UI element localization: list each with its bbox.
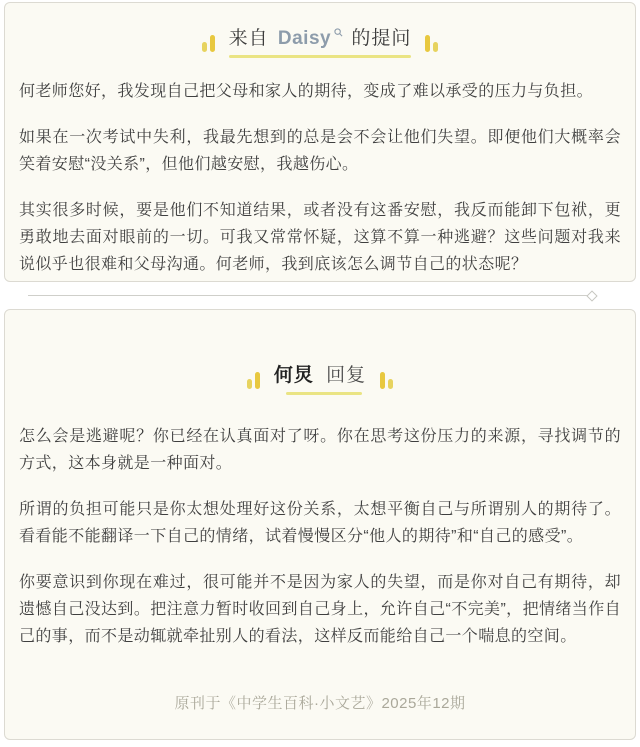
question-paragraph: 如果在一次考试中失利，我最先想到的总是会不会让他们失望。即便他们大概率会笑着安慰… <box>19 124 621 178</box>
source-attribution: 原刊于《中学生百科·小文艺》2025年12期 <box>19 692 621 713</box>
reply-title-suffix: 回复 <box>326 365 366 386</box>
question-card: 来自 Daisy 的提问 何老师您好，我发现自己把父母和家人的期待，变成了难以承… <box>4 2 636 282</box>
question-paragraph: 何老师您好，我发现自己把父母和家人的期待，变成了难以承受的压力与负担。 <box>19 78 621 105</box>
question-paragraph: 其实很多时候，要是他们不知道结果，或者没有这番安慰，我反而能卸下包袱，更勇敢地去… <box>19 197 621 278</box>
reply-author-name: 何炅 <box>274 365 314 386</box>
bars-left-icon <box>247 372 260 395</box>
reply-title-text: 何炅 回复 <box>274 360 366 395</box>
question-title-prefix: 来自 <box>229 28 269 49</box>
diamond-icon <box>586 290 597 301</box>
bars-left-icon <box>202 35 215 58</box>
question-title: 来自 Daisy 的提问 <box>19 23 621 58</box>
reply-paragraph: 你要意识到你现在难过，很可能并不是因为家人的失望，而是你对自己有期待，却遗憾自己… <box>19 569 621 650</box>
question-title-text: 来自 Daisy 的提问 <box>229 23 412 58</box>
question-title-suffix: 的提问 <box>351 28 411 49</box>
bars-right-icon <box>380 372 393 395</box>
reply-paragraph: 所谓的负担可能只是你太想处理好这份关系，太想平衡自己与所谓别人的期待了。看看能不… <box>19 496 621 550</box>
bars-right-icon <box>425 35 438 58</box>
reply-paragraph: 怎么会是逃避呢？你已经在认真面对了呀。你在思考这份压力的来源，寻找调节的方式，这… <box>19 423 621 477</box>
reply-title: 何炅 回复 <box>19 360 621 395</box>
section-divider <box>4 282 636 309</box>
daisy-name[interactable]: Daisy <box>278 28 331 49</box>
search-icon <box>334 28 343 37</box>
title-underline <box>286 392 362 395</box>
article-page: 来自 Daisy 的提问 何老师您好，我发现自己把父母和家人的期待，变成了难以承… <box>0 0 640 747</box>
divider-line <box>28 295 589 296</box>
reply-card: 何炅 回复 怎么会是逃避呢？你已经在认真面对了呀。你在思考这份压力的来源，寻找调… <box>4 309 636 740</box>
title-underline <box>229 55 412 58</box>
